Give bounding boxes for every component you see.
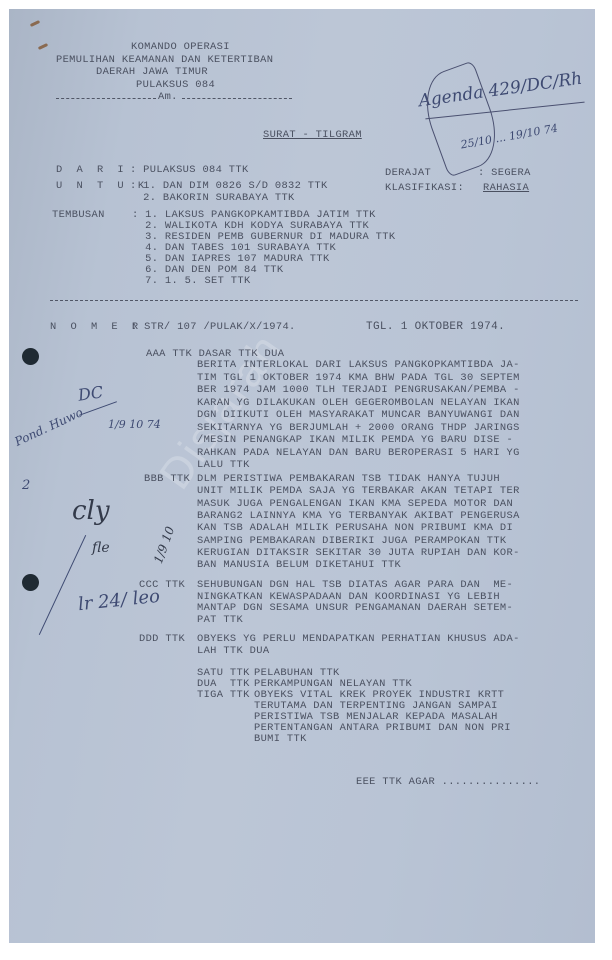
header-sep-mark: Am. <box>158 92 178 103</box>
untuk-item: 2. BAKORIN SURABAYA TTK <box>130 193 295 204</box>
derajat-label: DERAJAT <box>385 168 431 179</box>
header-line-3: DAERAH JAWA TIMUR <box>96 67 208 78</box>
point-label: TIGA TTK <box>197 690 250 701</box>
bbb-line: DLM PERISTIWA PEMBAKARAN TSB TIDAK HANYA… <box>197 474 500 485</box>
header-divider <box>182 98 292 99</box>
handwritten-margin-num: 2 <box>22 478 30 493</box>
dari-value: : PULAKSUS 084 TTK <box>130 165 249 176</box>
bbb-line: UNIT MILIK PEMDA SAJA YG TERBAKAR AKAN T… <box>197 486 520 497</box>
bbb-line: BAN MANUSIA BELUM DIKETAHUI TTK <box>197 560 401 571</box>
ddd-line: LAH TTK DUA <box>197 646 269 657</box>
tembusan-label: TEMBUSAN <box>52 210 105 221</box>
nomer-label: N O M E R <box>50 322 142 333</box>
tembusan-item: 7. 1. 5. SET TTK <box>132 276 251 287</box>
header-line-2: PEMULIHAN KEAMANAN DAN KETERTIBAN <box>56 55 273 66</box>
klasifikasi-value: RAHASIA <box>483 183 529 194</box>
aaa-line: TIM TGL 1 OKTOBER 1974 KMA BHW PADA TGL … <box>197 373 520 384</box>
handwritten-dc: DC <box>77 382 104 404</box>
ccc-line: MANTAP DGN SESAMA UNSUR PENGAMANAN DAERA… <box>197 603 513 614</box>
handwritten-margin-date: 1/9 10 74 <box>108 418 161 431</box>
punch-hole <box>22 574 39 591</box>
header-divider <box>56 98 156 99</box>
bbb-label: BBB TTK <box>144 474 190 485</box>
bbb-line: MASUK JUGA PENGALENGAN IKAN KMA SEPEDA M… <box>197 499 513 510</box>
aaa-line: BER 1974 JAM 1000 TLH TERJADI PENGRUSAKA… <box>197 385 520 396</box>
aaa-line: SEKITARNYA YG BERJUMLAH + 2000 ORANG THD… <box>197 423 520 434</box>
bbb-line: KAN TSB ADALAH MILIK PERUSAHA NON PRIBUM… <box>197 523 513 534</box>
bbb-line: BARANG2 LAINNYA KMA YG TERBANYAK AKIBAT … <box>197 511 520 522</box>
section-divider <box>50 300 578 301</box>
derajat-value: : SEGERA <box>478 168 531 179</box>
ccc-line: PAT TTK <box>197 615 243 626</box>
document-title: SURAT - TILGRAM <box>263 130 362 141</box>
klasifikasi-label: KLASIFIKASI: <box>385 183 464 194</box>
nomer-value: : STR/ 107 /PULAK/X/1974. <box>131 322 296 333</box>
header-line-1: KOMANDO OPERASI <box>131 42 230 53</box>
bbb-line: KERUGIAN DITAKSIR SEKITAR 30 JUTA RUPIAH… <box>197 548 520 559</box>
eee-closing: EEE TTK AGAR ............... <box>356 777 540 788</box>
aaa-line: KARAN YG DILAKUKAN OLEH GEGEROMBOLAN NEL… <box>197 398 520 409</box>
aaa-line: RAHKAN PADA NELAYAN DAN BARU BEROPERASI … <box>197 448 520 459</box>
nomer-date: TGL. 1 OKTOBER 1974. <box>366 322 505 333</box>
handwritten-signature: cly <box>72 496 110 526</box>
dari-label: D A R I <box>56 165 128 176</box>
untuk-item: : 1. DAN DIM 0826 S/D 0832 TTK <box>130 181 328 192</box>
ccc-line: SEHUBUNGAN DGN HAL TSB DIATAS AGAR PARA … <box>197 580 513 591</box>
aaa-line: LALU TTK <box>197 460 250 471</box>
bbb-line: SAMPING PEMBAKARAN DIBERIKI JUGA PERAMPO… <box>197 536 507 547</box>
header-line-4: PULAKSUS 084 <box>136 80 215 91</box>
ddd-label: DDD TTK <box>139 634 185 645</box>
point-line: BUMI TTK <box>254 734 307 745</box>
ccc-line: NINGKATKAN KEWASPADAAN DAN KOORDINASI YG… <box>197 592 500 603</box>
ccc-label: CCC TTK <box>139 580 185 591</box>
aaa-line: DGN DIIKUTI OLEH MASYARAKAT MUNCAR BANYU… <box>197 410 520 421</box>
aaa-line: BERITA INTERLOKAL DARI LAKSUS PANGKOPKAM… <box>197 360 520 371</box>
ddd-line: OBYEKS YG PERLU MENDAPATKAN PERHATIAN KH… <box>197 634 520 645</box>
handwritten-initials: fle <box>92 540 110 556</box>
punch-hole <box>22 348 39 365</box>
aaa-line: /MESIN PENANGKAP IKAN MILIK PEMDA YG BAR… <box>197 435 513 446</box>
